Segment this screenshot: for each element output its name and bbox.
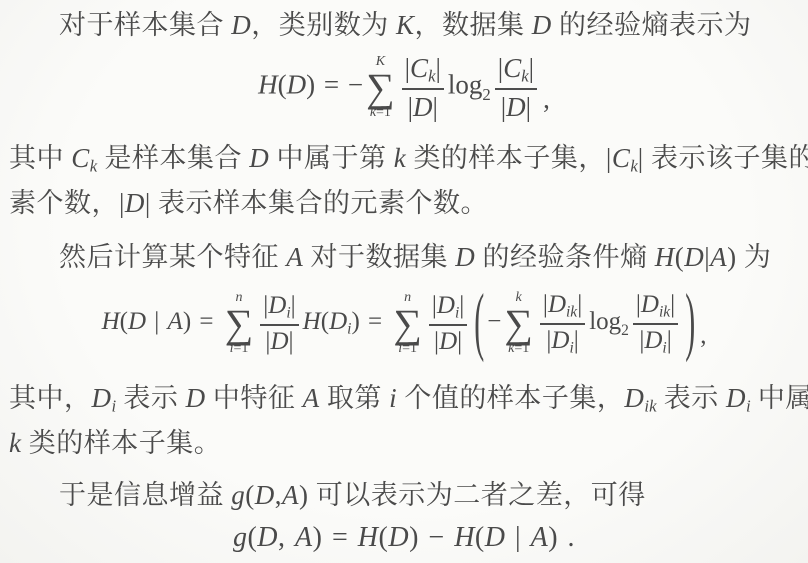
text-run: D [437, 292, 455, 319]
text-run: k [630, 157, 637, 176]
text-run: 个值的样本子集， [397, 383, 624, 413]
text-run: C [71, 143, 90, 173]
text-run: | [436, 53, 441, 83]
text-run: A [286, 242, 303, 272]
math-run: ) = [351, 308, 390, 335]
text-run: D [506, 92, 526, 122]
math-run: , [278, 522, 295, 553]
text-run: | [289, 328, 294, 355]
text-run: 的经验条件熵 [475, 242, 655, 272]
text-run: 取第 [320, 383, 390, 413]
summation-lower-limit: k=1 [370, 105, 391, 120]
text-run: 表示 [116, 383, 186, 413]
text-run: 类的样本子集，| [406, 143, 612, 173]
text-run: D [641, 291, 659, 318]
formula-conditional-entropy: H(D | A) = n∑i=1|Di||D|H(Di) = n∑i=1|Di|… [0, 290, 808, 356]
text-run: C [612, 143, 631, 173]
math-run: ) . [548, 522, 575, 553]
fraction: |Di||D| [260, 291, 298, 356]
text-run: =1 [376, 105, 391, 120]
text-run: D [92, 383, 112, 413]
text-run: =1 [234, 341, 249, 356]
fraction-denominator: |Di| [639, 325, 671, 357]
text-run: , [275, 480, 282, 510]
math-run: D [485, 522, 506, 553]
text-run: D [684, 242, 704, 272]
text-run: | [529, 53, 534, 83]
math-run: ( [475, 522, 485, 553]
text-run: | 表示该子集的元 [638, 143, 808, 173]
text-run: 其中 [9, 143, 71, 173]
math-run: − [487, 308, 501, 335]
math-run: D [287, 70, 307, 100]
text-run: 对于样本集合 [59, 10, 231, 40]
summation-lower-limit: i=1 [230, 341, 249, 356]
text-run: D [231, 10, 251, 40]
sigma-symbol: ∑ [393, 306, 422, 341]
text-run: 中属于第 [269, 143, 394, 173]
paragraph-conditional-terms-line2: k 类的样本子集。 [9, 423, 802, 463]
summation: n∑i=1 [393, 290, 422, 356]
text-run: C [410, 53, 428, 83]
sigma-symbol: ∑ [225, 306, 254, 341]
text-run: D [125, 188, 145, 218]
text-run: 表示 [657, 383, 727, 413]
text-run: D [268, 292, 286, 319]
text-run: | [667, 327, 672, 354]
text-run: D [186, 383, 206, 413]
text-run: =1 [402, 341, 417, 356]
math-run: ) = − [306, 70, 363, 100]
text-run: | [574, 327, 579, 354]
fraction-numerator: |Ck| [402, 52, 444, 90]
formula-empirical-entropy: H(D) = −K∑k=1|Ck||D|log2|Ck||D|, [0, 52, 808, 123]
math-run: ( [247, 522, 257, 553]
text-run: D [644, 327, 662, 354]
paragraph-conditional-entropy-intro: 然后计算某个特征 A 对于数据集 D 的经验条件熵 H(D|A) 为 [9, 237, 802, 277]
text-run: k [428, 67, 435, 86]
text-run: D [249, 143, 269, 173]
text-run: ，类别数为 [251, 10, 396, 40]
text-run: 其中， [9, 383, 92, 413]
math-run: ( [379, 522, 389, 553]
math-run: ) = [313, 522, 358, 553]
fraction-denominator: |D| [408, 90, 438, 122]
fraction-numerator: |Dik| [633, 290, 678, 325]
text-run: D [726, 383, 746, 413]
paragraph-intro-entropy: 对于样本集合 D，类别数为 K，数据集 D 的经验熵表示为 [9, 5, 802, 45]
text-run: | [457, 328, 462, 355]
text-run: ) 可以表示为二者之差，可得 [299, 480, 646, 510]
fraction-denominator: |Di| [546, 325, 578, 357]
text-run: C [503, 53, 521, 83]
text-run: A [710, 242, 727, 272]
text-run: H [655, 242, 675, 272]
text-run: 然后计算某个特征 [59, 242, 286, 272]
math-run: H [303, 308, 321, 335]
math-run: ( [321, 308, 329, 335]
math-run: H [102, 308, 120, 335]
fraction-numerator: |Di| [260, 291, 298, 326]
text-run: ，数据集 [415, 10, 532, 40]
math-run: D [257, 522, 278, 553]
fraction: |Di||D| [429, 291, 467, 356]
text-run: | [291, 292, 296, 319]
math-run: log [589, 308, 621, 335]
text-run: 中特征 [206, 383, 303, 413]
text-run: D [270, 328, 288, 355]
math-run: A [168, 308, 183, 335]
sigma-symbol: ∑ [504, 306, 533, 341]
math-run: A [295, 522, 313, 553]
math-run: D [128, 308, 146, 335]
textbook-page: 对于样本集合 D，类别数为 K，数据集 D 的经验熵表示为 H(D) = −K∑… [0, 0, 808, 563]
text-run: D [624, 383, 644, 413]
math-run: 2 [482, 85, 490, 104]
fraction: |Ck||D| [402, 52, 444, 123]
fraction: |Dik||Di| [540, 290, 585, 356]
math-run: | [146, 308, 168, 335]
fraction: |Dik||Di| [633, 290, 678, 356]
math-run: H [258, 70, 278, 100]
sigma-symbol: ∑ [366, 70, 395, 105]
big-paren: ) [685, 285, 695, 362]
text-run: K [396, 10, 415, 40]
text-run: | [433, 92, 438, 122]
math-run: H [454, 522, 475, 553]
text-run: | [670, 291, 675, 318]
math-run: ) = [183, 308, 222, 335]
fraction-denominator: |D| [265, 326, 293, 356]
math-run: | [505, 522, 530, 553]
fraction-denominator: |D| [501, 90, 531, 122]
text-run: 的经验熵表示为 [552, 10, 752, 40]
paragraph-information-gain-intro: 于是信息增益 g(D,A) 可以表示为二者之差，可得 [9, 475, 802, 515]
math-run: 2 [621, 322, 629, 339]
math-run: log [448, 70, 483, 100]
fraction-numerator: |Dik| [540, 290, 585, 325]
text-run: A [303, 383, 320, 413]
math-run: g [233, 522, 248, 553]
math-run: ( [278, 70, 287, 100]
text-run: ( [675, 242, 685, 272]
big-paren: ( [474, 285, 484, 362]
text-run: | [577, 291, 582, 318]
formula-information-gain: g(D, A) = H(D) − H(D | A) . [0, 524, 808, 552]
text-run: g [231, 480, 245, 510]
fraction-numerator: |Di| [429, 291, 467, 326]
text-run: =1 [514, 341, 529, 356]
text-run: ik [644, 397, 656, 416]
text-run: D [413, 92, 433, 122]
paragraph-entropy-terms-line2: 素个数，|D| 表示样本集合的元素个数。 [9, 183, 802, 223]
math-run: D [388, 522, 409, 553]
math-run: , [698, 322, 706, 349]
fraction-numerator: |Ck| [495, 52, 537, 90]
text-run: 类的样本子集。 [21, 428, 221, 458]
text-run: D [532, 10, 552, 40]
math-run: H [358, 522, 379, 553]
text-run: ik [659, 303, 670, 320]
fraction: |Ck||D| [495, 52, 537, 123]
math-run: A [531, 522, 549, 553]
text-run: D [455, 242, 475, 272]
text-run: ik [566, 303, 577, 320]
text-run: 于是信息增益 [59, 480, 231, 510]
text-run: D [548, 291, 566, 318]
text-run: | [459, 292, 464, 319]
text-run: | 表示样本集合的元素个数。 [145, 188, 488, 218]
text-run: ( [245, 480, 255, 510]
text-run: 是样本集合 [97, 143, 249, 173]
text-run: 素个数，| [9, 188, 125, 218]
text-run: k [394, 143, 406, 173]
fraction-denominator: |D| [434, 326, 462, 356]
paragraph-conditional-terms-line1: 其中，Di 表示 D 中特征 A 取第 i 个值的样本子集，Dik 表示 Di … [9, 378, 802, 427]
summation: K∑k=1 [366, 54, 395, 120]
summation-lower-limit: k=1 [508, 341, 529, 356]
text-run: i [389, 383, 397, 413]
summation-lower-limit: i=1 [398, 341, 417, 356]
text-run: ) 为 [727, 242, 771, 272]
text-run: D [255, 480, 275, 510]
summation: n∑i=1 [225, 290, 254, 356]
text-run: 对于数据集 [303, 242, 455, 272]
text-run: 中属于第 [751, 383, 808, 413]
text-run: D [439, 328, 457, 355]
text-run: D [551, 327, 569, 354]
summation: k∑k=1 [504, 290, 533, 356]
paragraph-entropy-terms-line1: 其中 Ck 是样本集合 D 中属于第 k 类的样本子集，|Ck| 表示该子集的元 [9, 138, 802, 187]
text-run: k [9, 428, 21, 458]
text-run: A [282, 480, 299, 510]
text-run: k [521, 67, 528, 86]
math-run: , [541, 84, 550, 114]
math-run: ) − [409, 522, 454, 553]
text-run: | [526, 92, 531, 122]
math-run: D [329, 308, 347, 335]
math-run: ( [120, 308, 128, 335]
